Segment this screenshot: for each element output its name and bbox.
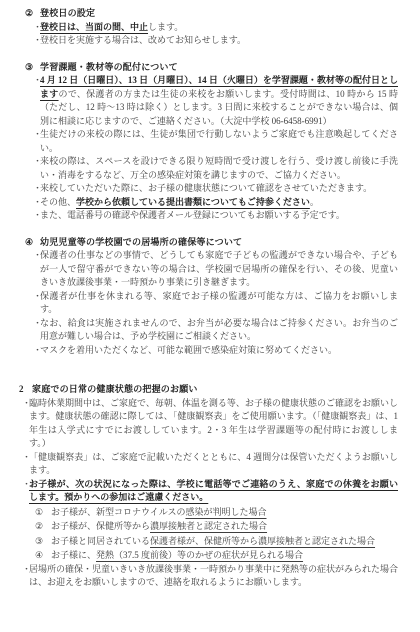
bullet-marker: ・	[33, 344, 40, 358]
text-segment: します。	[148, 22, 183, 32]
section-title: 家庭での日常の健康状態の把握のお願い	[32, 383, 198, 397]
text-segment: お子様が、次の状況になった際は、学校に電話等でご連絡のうえ、家庭での休養をお願い…	[29, 479, 398, 503]
text-segment: その他、	[40, 197, 76, 207]
section-title: 幼児児童等の学校園での居場所の確保等について	[40, 236, 242, 250]
text-segment: 発熱（37.5 度前後）等のかぜの症状が見られる場合	[96, 550, 303, 560]
section-heading: ③学習課題・教材等の配付について	[25, 61, 398, 75]
document-root: ②登校日の設定・登校日は、当面の間、中止します。・登校日を実施する場合は、改めて…	[0, 7, 398, 590]
bullet-item: ・また、電話番号の確認や保護者メール登録についてもお願いする予定です。	[33, 209, 398, 223]
bullet-text: 生徒だけの来校の際には、生徒が集団で行動しないようご家庭でも注意喚起してください…	[40, 128, 398, 155]
bullet-marker: ・	[33, 317, 40, 344]
subitem-number: ③	[35, 534, 51, 549]
section-heading: 2家庭での日常の健康状態の把握のお願い	[19, 383, 398, 397]
text-segment: 学校から依頼している提出書類についてもご持参ください	[76, 197, 310, 207]
section-items: ・4 月 12 日（日曜日）、13 日（月曜日）、14 日（火曜日）を学習課題・…	[33, 74, 398, 223]
bullet-text: 4 月 12 日（日曜日）、13 日（月曜日）、14 日（火曜日）を学習課題・教…	[40, 74, 398, 128]
bullet-text: 臨時休業期間中は、ご家庭で、毎朝、体温を測る等、お子様の健康状態のご確認をお願い…	[29, 397, 398, 451]
bullet-marker: ・	[33, 290, 40, 317]
section: ③学習課題・教材等の配付について・4 月 12 日（日曜日）、13 日（月曜日）…	[25, 61, 398, 223]
bullet-item: ・登校日を実施する場合は、改めてお知らせします。	[33, 34, 398, 48]
document-page: ②登校日の設定・登校日は、当面の間、中止します。・登校日を実施する場合は、改めて…	[0, 0, 420, 632]
bullet-marker: ・	[33, 74, 40, 128]
bullet-item: ・来校していただいた際に、お子様の健康状態について確認をさせていただきます。	[33, 182, 398, 196]
text-segment: 臨時休業期間中は、ご家庭で、毎朝、体温を測る等、お子様の健康状態のご確認をお願い…	[29, 398, 398, 449]
text-segment: 来校していただいた際に、お子様の健康状態について確認をさせていただきます。	[40, 183, 372, 193]
bullet-marker: ・	[33, 209, 40, 223]
bullet-text: 居場所の確保・児童いきいき放課後事業・一時預かり事業中に発熱等の症状がみられた場…	[29, 563, 398, 590]
bullet-item: ・臨時休業期間中は、ご家庭で、毎朝、体温を測る等、お子様の健康状態のご確認をお願…	[22, 397, 398, 451]
bullet-marker: ・	[22, 397, 29, 451]
bullet-text: 保護者が仕事を休まれる等、家庭でお子様の監護が可能な方は、ご協力をお願いします。	[40, 290, 398, 317]
bullet-item: ・保護者の仕事などの事情で、どうしても家庭で子どもの監護ができない場合や、子ども…	[33, 249, 398, 290]
bullet-item: ・なお、給食は実施されませんので、お弁当が必要な場合はご持参ください。お弁当のご…	[33, 317, 398, 344]
bullet-item: ・来校の際は、スペースを設けできる限り短時間で受け渡しを行う、受け渡し前後に手洗…	[33, 155, 398, 182]
text-segment: 居場所の確保・児童いきいき放課後事業・一時預かり事業中に発熱等の症状がみられた場…	[29, 564, 398, 588]
bullet-text: お子様が、次の状況になった際は、学校に電話等でご連絡のうえ、家庭での休養をお願い…	[29, 478, 398, 505]
bullet-text: 登校日は、当面の間、中止します。	[40, 21, 398, 35]
bullet-text: お子様に、発熱（37.5 度前後）等のかぜの症状が見られる場合	[51, 548, 398, 563]
text-segment: お子様と同居されている	[51, 536, 150, 546]
subitem-number: ①	[35, 505, 51, 520]
bullet-marker: ・	[22, 451, 29, 478]
text-segment: 保護者様が、保健所等から濃厚接触者と認定された場合	[150, 536, 375, 546]
bullet-text: マスクを着用いただくなど、可能な範囲で感染症対策に努めてください。	[40, 344, 398, 358]
bullet-text: 来校していただいた際に、お子様の健康状態について確認をさせていただきます。	[40, 182, 398, 196]
text-segment: 濃厚接触者と認定された場合	[150, 521, 267, 531]
numbered-subitem: ②お子様が、保健所等から濃厚接触者と認定された場合	[35, 519, 398, 534]
numbered-subitem: ①お子様が、新型コロナウイルスの感染が判明した場合	[35, 505, 398, 520]
text-segment: 。	[310, 197, 319, 207]
bullet-item: ・生徒だけの来校の際には、生徒が集団で行動しないようご家庭でも注意喚起してくださ…	[33, 128, 398, 155]
bullet-marker: ・	[33, 21, 40, 35]
text-segment: また、電話番号の確認や保護者メール登録についてもお願いする予定です。	[40, 210, 345, 220]
text-segment: 保護者が仕事を休まれる等、家庭でお子様の監護が可能な方は、ご協力をお願いします。	[40, 291, 398, 315]
section-heading: ②登校日の設定	[25, 7, 398, 21]
numbered-subitem: ③お子様と同居されている保護者様が、保健所等から濃厚接触者と認定された場合	[35, 534, 398, 549]
bullet-text: なお、給食は実施されませんので、お弁当が必要な場合はご持参ください。お弁当のご用…	[40, 317, 398, 344]
section-number: 2	[19, 383, 32, 397]
text-segment: ので、保護者の方または生徒の来校をお願いします。受付時間は、10 時から 15 …	[40, 89, 398, 126]
text-segment: 登校日を実施する場合は、改めてお知らせします。	[40, 35, 246, 45]
section: ④幼児児童等の学校園での居場所の確保等について・保護者の仕事などの事情で、どうし…	[25, 236, 398, 358]
section-number: ②	[25, 7, 40, 21]
section-title: 登校日の設定	[40, 7, 95, 21]
bullet-text: 「健康観察表」は、ご家庭で記載いただくとともに、4 週間分は保管いただくようお願…	[29, 451, 398, 478]
bullet-marker: ・	[33, 182, 40, 196]
text-segment: 来校の際は、スペースを設けできる限り短時間で受け渡しを行う、受け渡し前後に手洗い…	[40, 156, 398, 180]
bullet-text: 保護者の仕事などの事情で、どうしても家庭で子どもの監護ができない場合や、子どもが…	[40, 249, 398, 290]
section-items: ・臨時休業期間中は、ご家庭で、毎朝、体温を測る等、お子様の健康状態のご確認をお願…	[22, 397, 398, 590]
section-items: ・保護者の仕事などの事情で、どうしても家庭で子どもの監護ができない場合や、子ども…	[33, 249, 398, 357]
bullet-item: ・保護者が仕事を休まれる等、家庭でお子様の監護が可能な方は、ご協力をお願いします…	[33, 290, 398, 317]
section: ②登校日の設定・登校日は、当面の間、中止します。・登校日を実施する場合は、改めて…	[25, 7, 398, 48]
bullet-text: 登校日を実施する場合は、改めてお知らせします。	[40, 34, 398, 48]
bullet-item: ・お子様が、次の状況になった際は、学校に電話等でご連絡のうえ、家庭での休養をお願…	[22, 478, 398, 505]
text-segment: お子様に、	[51, 550, 96, 560]
section-number: ③	[25, 61, 40, 75]
bullet-marker: ・	[33, 249, 40, 290]
section-heading: ④幼児児童等の学校園での居場所の確保等について	[25, 236, 398, 250]
bullet-marker: ・	[33, 34, 40, 48]
text-segment: 生徒だけの来校の際には、生徒が集団で行動しないようご家庭でも注意喚起してください…	[40, 129, 398, 153]
text-segment: 登校日は、当面の間、中止	[40, 22, 148, 32]
bullet-item: ・その他、学校から依頼している提出書類についてもご持参ください。	[33, 196, 398, 210]
bullet-marker: ・	[33, 196, 40, 210]
section-number: ④	[25, 236, 40, 250]
subitem-number: ②	[35, 519, 51, 534]
bullet-marker: ・	[33, 128, 40, 155]
subitem-number: ④	[35, 548, 51, 563]
bullet-text: お子様が、保健所等から濃厚接触者と認定された場合	[51, 519, 398, 534]
text-segment: マスクを着用いただくなど、可能な範囲で感染症対策に努めてください。	[40, 345, 337, 355]
bullet-marker: ・	[22, 563, 29, 590]
section: 2家庭での日常の健康状態の把握のお願い・臨時休業期間中は、ご家庭で、毎朝、体温を…	[19, 383, 398, 590]
bullet-marker: ・	[22, 478, 29, 505]
bullet-text: お子様が、新型コロナウイルスの感染が判明した場合	[51, 505, 398, 520]
bullet-item: ・4 月 12 日（日曜日）、13 日（月曜日）、14 日（火曜日）を学習課題・…	[33, 74, 398, 128]
text-segment: 「健康観察表」は、ご家庭で記載いただくとともに、4 週間分は保管いただくようお願…	[29, 452, 398, 476]
bullet-text: お子様と同居されている保護者様が、保健所等から濃厚接触者と認定された場合	[51, 534, 398, 549]
bullet-text: その他、学校から依頼している提出書類についてもご持参ください。	[40, 196, 398, 210]
bullet-text: また、電話番号の確認や保護者メール登録についてもお願いする予定です。	[40, 209, 398, 223]
numbered-subitem: ④お子様に、発熱（37.5 度前後）等のかぜの症状が見られる場合	[35, 548, 398, 563]
bullet-item: ・マスクを着用いただくなど、可能な範囲で感染症対策に努めてください。	[33, 344, 398, 358]
section-title: 学習課題・教材等の配付について	[40, 61, 178, 75]
text-segment: 感染が判明した場合	[185, 507, 266, 517]
bullet-text: 来校の際は、スペースを設けできる限り短時間で受け渡しを行う、受け渡し前後に手洗い…	[40, 155, 398, 182]
section-items: ・登校日は、当面の間、中止します。・登校日を実施する場合は、改めてお知らせします…	[33, 21, 398, 48]
text-segment: 保護者の仕事などの事情で、どうしても家庭で子どもの監護ができない場合や、子どもが…	[40, 250, 398, 287]
text-segment: お子様が、新型コロナウイルスの	[51, 507, 185, 517]
text-segment: お子様が、保健所等から	[51, 521, 150, 531]
bullet-item: ・「健康観察表」は、ご家庭で記載いただくとともに、4 週間分は保管いただくようお…	[22, 451, 398, 478]
bullet-marker: ・	[33, 155, 40, 182]
bullet-item: ・登校日は、当面の間、中止します。	[33, 21, 398, 35]
text-segment: なお、給食は実施されませんので、お弁当が必要な場合はご持参ください。お弁当のご用…	[40, 318, 398, 342]
bullet-item: ・居場所の確保・児童いきいき放課後事業・一時預かり事業中に発熱等の症状がみられた…	[22, 563, 398, 590]
